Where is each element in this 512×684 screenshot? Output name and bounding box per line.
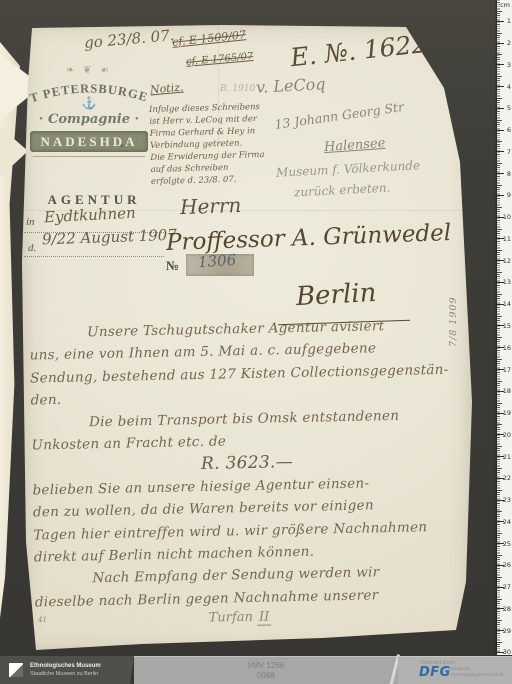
ruler-cm-mark: 20 xyxy=(497,414,512,436)
date-label: d. xyxy=(28,242,36,254)
letterhead-banner-nadeshda: NADESHDA xyxy=(30,131,148,152)
letterhead-compagnie: Compagnie xyxy=(24,112,154,127)
museum-parent-name: Staatliche Museen zu Berlin xyxy=(30,671,98,677)
ruler-cm-mark: 26 xyxy=(497,544,512,566)
inventory-number: I/MV 1266 xyxy=(134,661,398,670)
address-name: Proffessor A. Grünwedel xyxy=(166,220,452,256)
file-number: E. №. 1622/07 xyxy=(289,25,469,72)
museum-logo-icon xyxy=(9,663,23,677)
ruler-cm-mark: 2 xyxy=(497,22,512,44)
ruled-line xyxy=(24,256,164,257)
ruler-cm-mark: 14 xyxy=(497,283,512,305)
ruler-cm-mark: 10 xyxy=(497,196,512,218)
closing-word: Turfan xyxy=(209,610,253,626)
ruler-cm-mark: 24 xyxy=(497,501,512,523)
ruler: cm 1234567891011121314151617181920212223… xyxy=(497,0,512,655)
faint-note: B. 1910 xyxy=(220,84,255,94)
ruler-cm-mark: 29 xyxy=(497,609,512,631)
ruler-cm-mark: 7 xyxy=(497,131,512,153)
ruler-cm-mark: 12 xyxy=(497,239,512,261)
ruler-cm-mark: 4 xyxy=(497,65,512,87)
ruler-cm-mark: 22 xyxy=(497,457,512,479)
ruler-cm-mark: 6 xyxy=(497,109,512,131)
letterhead-emblem: ❧ ❦ ☙ ST PETERSBURGER ⚓ Compagnie NADESH… xyxy=(24,66,154,157)
crossed-reference-1: cf. E 1509/07 xyxy=(172,28,247,49)
ruler-cm-mark: 15 xyxy=(497,305,512,327)
ruler-marks: 1234567891011121314151617181920212223242… xyxy=(497,0,512,653)
letter-body: Unsere Tschugutschaker Agentur avisiertu… xyxy=(29,314,465,614)
address-salutation: Herrn xyxy=(180,193,242,219)
scan-page-number: 0068 xyxy=(134,671,398,680)
ruler-cm-mark: 30 xyxy=(497,631,512,653)
date-value: 9/22 August 1907. xyxy=(42,226,182,249)
ruler-cm-mark: 18 xyxy=(497,370,512,392)
scan-background: go 23/8. 07. cf. E 1509/07 cf. E 1765/07… xyxy=(0,0,512,684)
ruler-cm-mark: 25 xyxy=(497,522,512,544)
place-label: in xyxy=(26,216,35,228)
ruler-cm-mark: 13 xyxy=(497,261,512,283)
ruler-cm-mark: 17 xyxy=(497,348,512,370)
ruler-cm-mark: 8 xyxy=(497,152,512,174)
museum-footer-bar: Ethnologisches Museum Staatliche Museen … xyxy=(0,656,134,684)
ruler-cm-mark: 11 xyxy=(497,218,512,240)
place-value: Eydtkuhnen xyxy=(44,204,136,227)
ruler-cm-mark: 21 xyxy=(497,435,512,457)
letterhead-rule xyxy=(33,156,145,157)
ornament-flourish-icon: ❧ ❦ ☙ xyxy=(24,66,154,76)
received-date-note: go 23/8. 07. xyxy=(83,26,175,52)
pencil-closing-note: Turfan II xyxy=(140,608,340,626)
address-city: Berlin xyxy=(295,278,377,312)
dfg-logo: DFG xyxy=(419,665,451,680)
ruler-cm-mark: 3 xyxy=(497,44,512,66)
printer-imprint: Тип. А. Зиг. № 75 xyxy=(24,560,30,636)
ruler-cm-mark: 19 xyxy=(497,392,512,414)
museum-name: Ethnologisches Museum xyxy=(30,663,101,669)
dfg-name: Deutsche xyxy=(450,667,470,672)
archive-footer: Ethnologisches Museum Staatliche Museen … xyxy=(0,656,512,684)
ruler-cm-mark: 27 xyxy=(497,566,512,588)
dfg-name: Forschungsgemeinschaft xyxy=(450,673,504,678)
dfg-footer-bar: Gefördert durch DFG Deutsche Forschungsg… xyxy=(398,656,512,684)
underlying-page-edge xyxy=(0,36,20,636)
pencil-return-note: zurück erbeten. xyxy=(294,180,391,199)
ruler-cm-mark: 1 xyxy=(497,0,512,22)
ruler-cm-mark: 28 xyxy=(497,588,512,610)
margin-number: 41 xyxy=(38,616,47,624)
pencil-name-note: v. LeCoq xyxy=(256,74,326,97)
ruler-cm-mark: 9 xyxy=(497,174,512,196)
pencil-district-note: Halensee xyxy=(324,136,386,155)
ruler-cm-mark: 16 xyxy=(497,326,512,348)
closing-numeral: II xyxy=(257,609,272,625)
reference-footer-bar: I/MV 1266 0068 xyxy=(134,656,398,684)
ruler-cm-mark: 5 xyxy=(497,87,512,109)
ruler-cm-mark: 23 xyxy=(497,479,512,501)
number-label: № xyxy=(166,258,179,274)
document-page: go 23/8. 07. cf. E 1509/07 cf. E 1765/07… xyxy=(22,22,472,654)
